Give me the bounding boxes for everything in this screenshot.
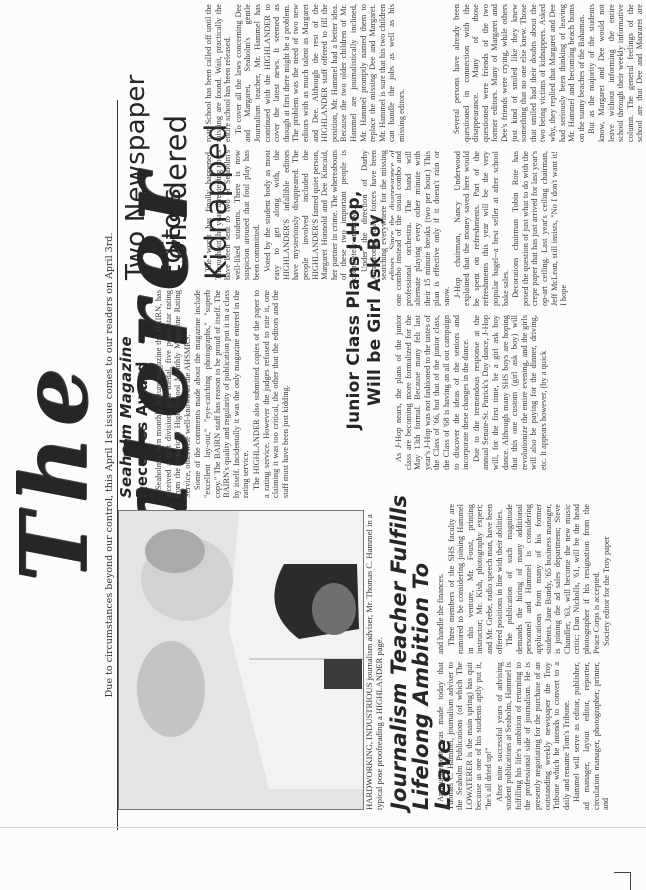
photo-hammel — [118, 510, 364, 810]
junior-column-1: As J-Hop nears, the plans of the junior … — [394, 315, 642, 470]
journalism-column-2: and handle the finances. Three members o… — [436, 504, 641, 654]
editors-column-2: roar. School has been called off until t… — [204, 4, 449, 142]
crop-mark — [614, 872, 631, 873]
issue-notice: Due to circumstances beyond our control,… — [103, 100, 118, 830]
journalism-paragraph: Announcement was made today that Thomas … — [436, 662, 494, 810]
page-fold-line — [0, 827, 646, 828]
journalism-column-1: Announcement was made today that Thomas … — [436, 662, 641, 810]
editors-paragraph: But as the majority of the students know… — [587, 4, 642, 142]
editors-paragraph: The worst has finally happened. Througho… — [204, 150, 262, 280]
seaholm-headline-1: Seaholm Magazine — [118, 288, 134, 498]
editors-paragraph: Under the direction of Darby Armstrong, … — [360, 150, 395, 280]
seaholm-column: Seaholm's own monthly feature magazine t… — [154, 290, 344, 498]
seaholm-headline-2: Receives Award — [134, 288, 150, 498]
masthead-title: The Lowaterer — [4, 90, 104, 850]
junior-paragraph: As J-Hop nears, the plans of the junior … — [394, 315, 471, 470]
editors-column-1: The worst has finally happened. Througho… — [204, 150, 394, 280]
editors-column-3: Several persons have already been questi… — [452, 4, 642, 142]
editors-paragraph: Voted by the student body as most easy t… — [263, 150, 359, 280]
seaholm-paragraph: The HIGHLANDER also submitted copies of … — [252, 290, 290, 498]
journalism-paragraph: The publication of such magnitude demand… — [505, 504, 601, 654]
junior-column-2: one combo instead of the usual combo and… — [394, 151, 642, 306]
seaholm-paragraph: Some of the comments made about the maga… — [193, 290, 251, 498]
journalism-paragraph: Three members of the SHS faculty are rum… — [447, 504, 505, 654]
editors-paragraph: Several persons have already been questi… — [452, 4, 586, 142]
photo-caption: HARDWORKING, INDUSTRIOUS journalism advi… — [364, 510, 386, 810]
scanned-page-frame: The Lowaterer Due to circumstances beyon… — [0, 0, 646, 890]
journalism-paragraph: After nine successful years of advising … — [495, 662, 572, 810]
editors-paragraph: roar. School has been called off until t… — [204, 4, 233, 142]
junior-paragraph: Due to the tremendous response at the an… — [472, 315, 549, 470]
seaholm-paragraph: Seaholm's own monthly feature magazine t… — [154, 290, 192, 498]
crop-mark — [630, 872, 631, 890]
junior-paragraph: Decorations chairman Tobin Rote has pose… — [511, 151, 569, 306]
editors-paragraph: To cover all the laws concerning Dee and… — [234, 4, 407, 142]
junior-paragraph: J-Hop chairman, Nancy Underwood explaine… — [453, 151, 511, 306]
newspaper-page: The Lowaterer Due to circumstances beyon… — [0, 0, 646, 890]
journalism-paragraph: and handle the finances. — [436, 504, 446, 654]
photo-image-icon — [119, 511, 363, 809]
junior-paragraph: one combo instead of the usual combo and… — [394, 151, 452, 306]
journalism-headline-1: Journalism Teacher Fulfills — [388, 490, 410, 810]
journalism-paragraph: Society editor for the Troy paper — [602, 504, 612, 654]
journalism-paragraph: Hammel will serve as editor, publisher, … — [572, 662, 610, 810]
